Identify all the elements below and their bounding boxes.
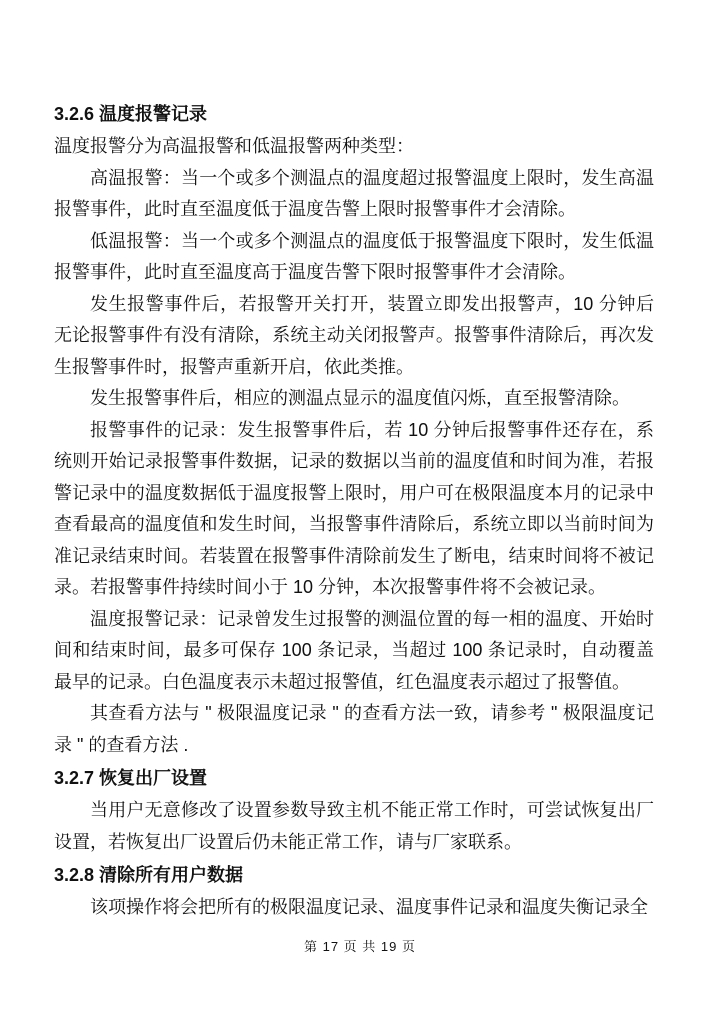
paragraph-factory-reset: 当用户无意修改了设置参数导致主机不能正常工作时，可尝试恢复出厂设置，若恢复出厂设… — [54, 795, 654, 858]
paragraph-high-temp-alarm: 高温报警：当一个或多个测温点的温度超过报警温度上限时，发生高温报警事件，此时直至… — [54, 163, 654, 226]
paragraph-low-temp-alarm: 低温报警：当一个或多个测温点的温度低于报警温度下限时，发生低温报警事件，此时直至… — [54, 226, 654, 289]
section-clear-user-data: 3.2.8 清除所有用户数据 该项操作将会把所有的极限温度记录、温度事件记录和温… — [54, 858, 654, 924]
section-heading-3-2-8: 3.2.8 清除所有用户数据 — [54, 858, 654, 892]
paragraph-alarm-record-capacity: 温度报警记录：记录曾发生过报警的测温位置的每一相的温度、开始时间和结束时间，最多… — [54, 604, 654, 699]
paragraph-alarm-sound: 发生报警事件后，若报警开关打开，装置立即发出报警声，10 分钟后无论报警事件有没… — [54, 289, 654, 384]
section-heading-3-2-7: 3.2.7 恢复出厂设置 — [54, 761, 654, 795]
page-number-indicator: 第 17 页 共 19 页 — [0, 936, 720, 955]
paragraph-clear-user-data: 该项操作将会把所有的极限温度记录、温度事件记录和温度失衡记录全 — [54, 892, 654, 924]
paragraph-view-method-reference: 其查看方法与 " 极限温度记录 " 的查看方法一致，请参考 " 极限温度记录 "… — [54, 698, 654, 761]
section-temperature-alarm-record: 3.2.6 温度报警记录 温度报警分为高温报警和低温报警两种类型： 高温报警：当… — [54, 97, 654, 761]
section-heading-3-2-6: 3.2.6 温度报警记录 — [54, 97, 654, 131]
paragraph-alarm-event-recording: 报警事件的记录：发生报警事件后，若 10 分钟后报警事件还存在，系统则开始记录报… — [54, 415, 654, 604]
document-page: 3.2.6 温度报警记录 温度报警分为高温报警和低温报警两种类型： 高温报警：当… — [0, 0, 720, 1018]
section-factory-reset: 3.2.7 恢复出厂设置 当用户无意修改了设置参数导致主机不能正常工作时，可尝试… — [54, 761, 654, 858]
paragraph-alarm-types-intro: 温度报警分为高温报警和低温报警两种类型： — [54, 131, 654, 163]
paragraph-temp-value-blink: 发生报警事件后，相应的测温点显示的温度值闪烁，直至报警清除。 — [54, 383, 654, 415]
